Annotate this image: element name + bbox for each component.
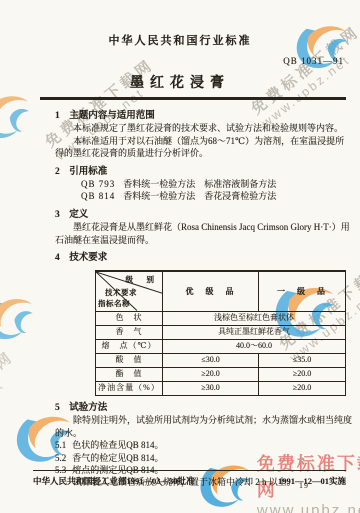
section-3-paragraph: 墨红花浸膏是从墨红鲜花（Rosa Chinensis Jacq Crimson … xyxy=(55,221,353,246)
reference-code: QB 793 xyxy=(81,179,115,189)
upbz-logo-watermark xyxy=(0,92,32,140)
row-value-premium: ≥20.0 xyxy=(163,367,259,381)
reference-item: QB 814香料统一检验方法 香花浸膏检验方法 xyxy=(55,190,353,202)
row-label: 香 气 xyxy=(96,325,163,339)
corner-label-grade: 级 别 xyxy=(126,274,158,286)
section-4-heading: 4 技术要求 xyxy=(55,252,353,264)
watermark-site-url: www.upbz.net xyxy=(257,502,360,513)
watermark-text-left-lower: 免费标准下载网 www.upbz.net xyxy=(0,346,27,455)
section-1-heading: 1 主题内容与适用范围 xyxy=(55,110,353,122)
implementation-text: 1991—12—01实施 xyxy=(278,475,346,487)
table-row: 酸 值 ≤30.0 ≤35.0 xyxy=(96,353,346,367)
table-row: 酯 值 ≥20.0 ≥20.0 xyxy=(96,367,346,381)
table-corner-cell: 级 别 技术要求 指标名称 xyxy=(96,271,163,311)
document-title: 墨红花浸膏 xyxy=(0,72,360,92)
section-3-heading: 3 定义 xyxy=(55,209,353,221)
row-label: 色 状 xyxy=(96,311,163,325)
row-label: 酯 值 xyxy=(96,367,163,381)
row-value-first: ≤35.0 xyxy=(259,353,346,367)
page-number: 19 xyxy=(299,481,309,490)
row-value-premium: ≤30.0 xyxy=(163,353,259,367)
row-value: 具纯正墨红鲜花香气 xyxy=(163,325,346,339)
row-value-premium: ≥30.0 xyxy=(163,381,259,395)
section-5-intro: 除特别注明外，试验所用试剂均为分析纯试剂；水为蒸馏水或相当纯度的水。 xyxy=(55,414,353,439)
item-number: 5.1 xyxy=(55,440,66,450)
test-method-item: 5.2香气的检定见QB 814。 xyxy=(55,452,353,464)
approval-text: 中华人民共和国轻工业部1991—03—30批准 xyxy=(33,475,195,487)
standard-type-heading: 中华人民共和国行业标准 xyxy=(0,32,360,48)
section-2-heading: 2 引用标准 xyxy=(55,166,353,178)
watermark-site-name: 免费标准下载网 xyxy=(0,346,18,444)
table-row: 色 状 浅棕色至棕红色膏状体 xyxy=(96,311,346,325)
reference-title: 香料统一检验方法 香花浸膏检验方法 xyxy=(123,191,276,201)
section-5-heading: 5 试验方法 xyxy=(55,402,353,414)
column-header-premium-grade: 优 级 品 xyxy=(163,271,259,311)
table-row: 净油含量（%） ≥30.0 ≥20.0 xyxy=(96,381,346,395)
row-label: 熔 点（℃） xyxy=(96,339,163,353)
reference-code: QB 814 xyxy=(81,191,115,201)
item-text: 香气的检定见QB 814。 xyxy=(72,453,163,463)
corner-label-index-name: 指标名称 xyxy=(98,298,130,310)
reference-item: QB 793香料统一检验方法 标准溶液制备方法 xyxy=(55,178,353,190)
row-value-first: ≥20.0 xyxy=(259,381,346,395)
column-header-first-grade: 一 级 品 xyxy=(259,271,346,311)
row-value: 40.0～60.0 xyxy=(163,339,346,353)
row-value-first: ≥20.0 xyxy=(259,367,346,381)
document-body: 1 主题内容与适用范围 本标准规定了墨红花浸膏的技术要求、试验方法和检验规则等内… xyxy=(55,104,353,489)
technical-requirements-table: 级 别 技术要求 指标名称 优 级 品 一 级 品 色 状 浅棕色至棕红色膏状体… xyxy=(95,270,346,396)
row-value: 浅棕色至棕红色膏状体 xyxy=(163,311,346,325)
item-text: 色状的检查见QB 814。 xyxy=(72,440,163,450)
watermark-site-url: www.upbz.net xyxy=(0,362,27,455)
row-label: 净油含量（%） xyxy=(96,381,163,395)
section-1-paragraph: 本标准适用于对以石油醚（馏点为68～71℃）为溶剂，在室温浸提所得的墨红花浸膏的… xyxy=(55,135,353,160)
table-row: 熔 点（℃） 40.0～60.0 xyxy=(96,339,346,353)
scanned-standard-page: 免费标准下载网 www.upbz.net 免费标准下载网 www.upbz.ne… xyxy=(0,0,360,513)
row-label: 酸 值 xyxy=(96,353,163,367)
standard-number: QB 1031—91 xyxy=(283,56,344,66)
section-1-paragraph: 本标准规定了墨红花浸膏的技术要求、试验方法和检验规则等内容。 xyxy=(55,122,353,134)
title-rule xyxy=(40,97,346,100)
reference-title: 香料统一检验方法 标准溶液制备方法 xyxy=(123,179,276,189)
test-method-item: 5.1色状的检查见QB 814。 xyxy=(55,439,353,451)
upbz-logo-watermark xyxy=(0,295,36,341)
table-row: 香 气 具纯正墨红鲜花香气 xyxy=(96,325,346,339)
item-number: 5.2 xyxy=(55,453,66,463)
